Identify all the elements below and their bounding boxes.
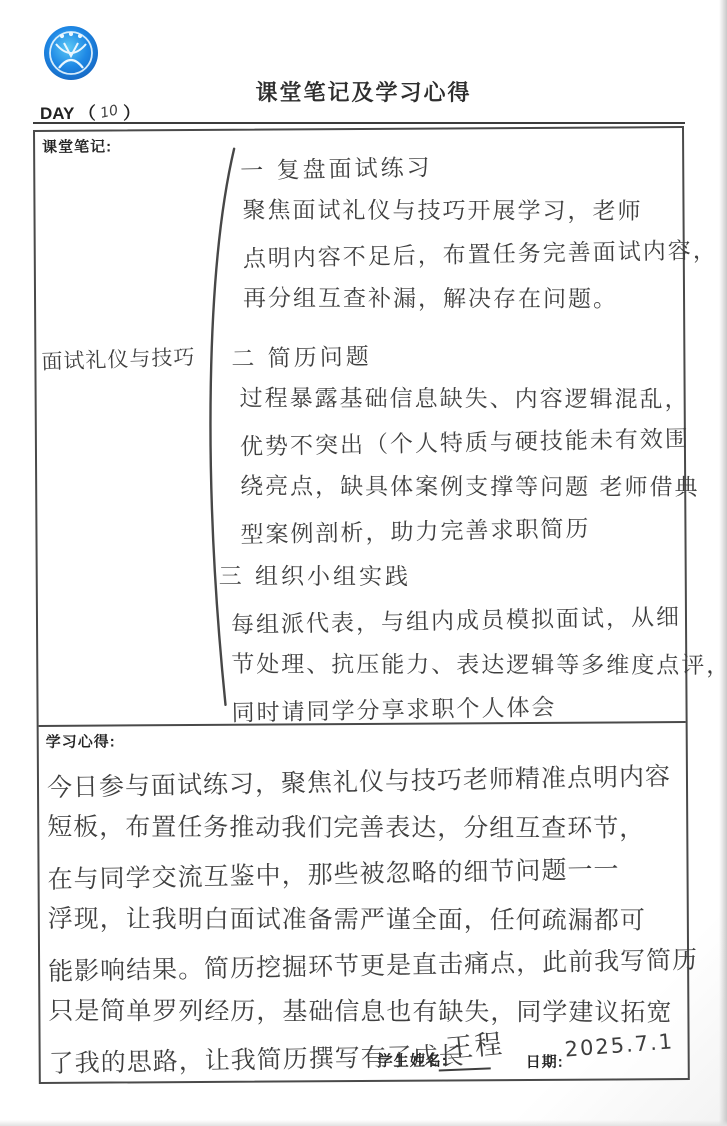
note-line: 聚焦面试礼仪与技巧开展学习，老师 xyxy=(242,189,698,234)
header-rule xyxy=(33,122,685,124)
date-label: 日期: xyxy=(526,1051,564,1072)
note-line: 优势不突出（个人特质与硬技能未有效围 xyxy=(240,417,701,469)
note-line: 节处理、抗压能力、表达逻辑等多维度点评， xyxy=(231,643,701,688)
class-notes-label: 课堂笔记: xyxy=(42,136,112,157)
note-line: 型案例剖析，助力完善求职简历 xyxy=(240,505,701,557)
class-notes-cell: 课堂笔记: 面试礼仪与技巧 一 复盘面试练习 聚焦面试礼仪与技巧开展学习，老师 … xyxy=(35,128,686,725)
note-item: 三 组织小组实践 每组派代表，与组内成员模拟面试，从细 节处理、抗压能力、表达逻… xyxy=(231,554,702,733)
notes-topic-side-label: 面试礼仪与技巧 xyxy=(41,341,196,376)
student-name-value: 王程 xyxy=(444,1022,505,1066)
reflection-cell: 学习心得: 今日参与面试练习，聚焦礼仪与技巧老师精准点明内容 短板，布置任务推动… xyxy=(39,721,688,1084)
date-value: 2025.7.1 xyxy=(564,1029,675,1061)
note-heading: 三 组织小组实践 xyxy=(219,555,701,600)
day-paren-close: ） xyxy=(123,104,140,123)
note-line: 绕亮点，缺具体案例支撑等问题 老师借典 xyxy=(240,465,700,510)
note-line: 过程暴露基础信息缺失、内容逻辑混乱， xyxy=(240,377,700,422)
note-item: 一 复盘面试练习 聚焦面试礼仪与技巧开展学习，老师 点明内容不足后，布置任务完善… xyxy=(228,144,699,323)
school-logo-icon xyxy=(42,24,100,82)
note-line: 每组派代表，与组内成员模拟面试，从细 xyxy=(231,595,702,648)
notes-content: 一 复盘面试练习 聚焦面试礼仪与技巧开展学习，老师 点明内容不足后，布置任务完善… xyxy=(228,144,702,733)
day-row: DAY （ 10 ） xyxy=(40,99,140,124)
note-line: 再分组互查补漏，解决存在问题。 xyxy=(243,277,699,322)
day-value: 10 xyxy=(98,102,119,121)
note-heading: 二 简历问题 xyxy=(231,329,700,382)
note-item: 二 简历问题 过程暴露基础信息缺失、内容逻辑混乱， 优势不突出（个人特质与硬技能… xyxy=(229,332,700,555)
signature-row: 学生姓名: 王程 日期: 2025.7.1 xyxy=(39,723,688,1084)
day-paren-open: （ xyxy=(79,104,96,123)
student-name-label: 学生姓名: xyxy=(378,1049,448,1070)
form-table: 课堂笔记: 面试礼仪与技巧 一 复盘面试练习 聚焦面试礼仪与技巧开展学习，老师 … xyxy=(33,126,690,1084)
document-page: 课堂笔记及学习心得 DAY （ 10 ） 课堂笔记: 面试礼仪与技巧 一 复盘面… xyxy=(0,0,727,1126)
note-heading: 一 复盘面试练习 xyxy=(240,141,699,193)
note-line: 点明内容不足后，布置任务完善面试内容， xyxy=(242,229,699,281)
photo-edge-right xyxy=(719,0,727,1126)
photo-edge-bottom xyxy=(0,1120,727,1126)
day-label: DAY xyxy=(40,104,74,123)
